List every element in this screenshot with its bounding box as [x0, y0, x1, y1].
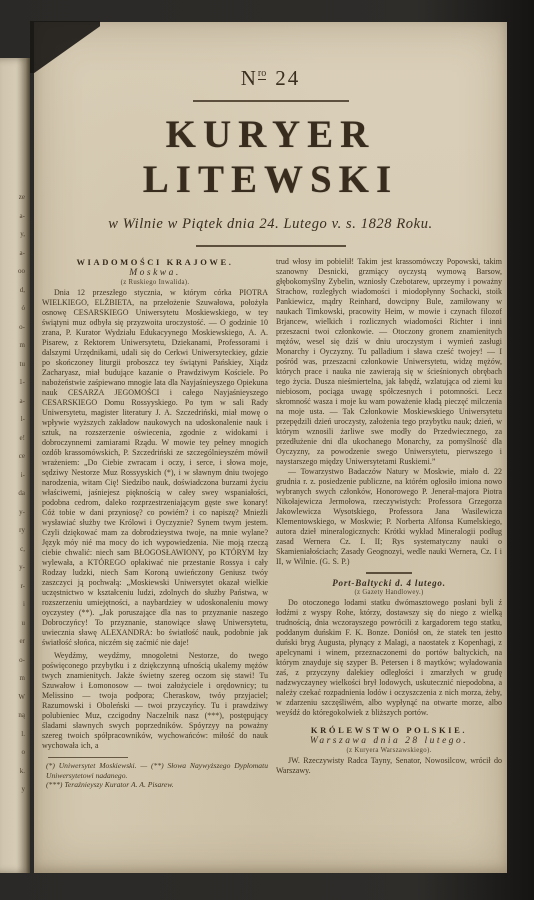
- left-column: WIADOMOŚCI KRAJOWE. Moskwa. (z Ruskiego …: [42, 257, 268, 887]
- newspaper-page: Nro24 KURYER LITEWSKI w Wilnie w Piątek …: [34, 22, 507, 873]
- previous-page-text-fragments: ze a- y, a- oo d, ó o- m tu 1- a- l- e! …: [3, 188, 25, 828]
- section-divider-rule: [366, 572, 412, 574]
- article-paragraph: Dnia 12 przeszłego stycznia, w którym có…: [42, 288, 268, 648]
- scan-background: ze a- y, a- oo d, ó o- m tu 1- a- l- e! …: [0, 0, 534, 900]
- section-header-port-baltycki: Port-Baltycki d. 4 lutego.: [276, 578, 502, 588]
- section-header-kingdom-of-poland: KRÓLEWSTWO POLSKIE.: [276, 725, 502, 735]
- previous-page-edge: ze a- y, a- oo d, ó o- m tu 1- a- l- e! …: [0, 58, 30, 873]
- newspaper-title: KURYER LITEWSKI: [34, 112, 507, 202]
- section-header-domestic-news: WIADOMOŚCI KRAJOWE.: [42, 257, 268, 267]
- dateline-moskwa: Moskwa.: [42, 268, 268, 278]
- source-note-gazeta-handlowa: (z Gazety Handlowey.): [276, 589, 502, 596]
- issue-number-prefix: N: [241, 66, 258, 90]
- footnote: (***) Teraźnieyszy Kurator A. A. Pisarew…: [42, 780, 268, 790]
- source-note-ruski-inwalid: (z Ruskiego Inwalida).: [42, 279, 268, 286]
- article-columns: WIADOMOŚCI KRAJOWE. Moskwa. (z Ruskiego …: [34, 247, 507, 887]
- footnote-rule: [48, 757, 128, 758]
- article-paragraph-society: — Towarzystwo Badaczów Natury w Moskwie,…: [276, 467, 502, 567]
- masthead-dateline: w Wilnie w Piątek dnia 24. Lutego v. s. …: [34, 216, 507, 233]
- article-paragraph: Weydźmy, weydźmy, mnogoletni Nestorze, d…: [42, 651, 268, 751]
- issue-number-superscript: ro: [258, 68, 266, 80]
- article-paragraph-port: Do otoczonego lodami statku dwómasztoweg…: [276, 598, 502, 718]
- masthead-rule-bottom: [196, 245, 346, 247]
- masthead-rule-top: [193, 100, 349, 102]
- article-paragraph-continuation: trud włosy im pobielił! Takim jest krass…: [276, 257, 502, 467]
- issue-number: Nro24: [34, 66, 507, 91]
- issue-number-value: 24: [275, 66, 300, 90]
- article-paragraph-kingdom: JW. Rzeczywisty Radca Tayny, Senator, No…: [276, 756, 502, 776]
- right-column: trud włosy im pobielił! Takim jest krass…: [276, 257, 502, 887]
- dateline-warszawa: Warszawa dnia 28 lutego.: [276, 736, 502, 746]
- masthead: Nro24 KURYER LITEWSKI w Wilnie w Piątek …: [34, 22, 507, 247]
- source-note-kuryer-warszawski: (z Kuryera Warszawskiego).: [276, 747, 502, 754]
- footnote: (*) Uniwersytet Moskiewski. — (**) Słowa…: [42, 761, 268, 780]
